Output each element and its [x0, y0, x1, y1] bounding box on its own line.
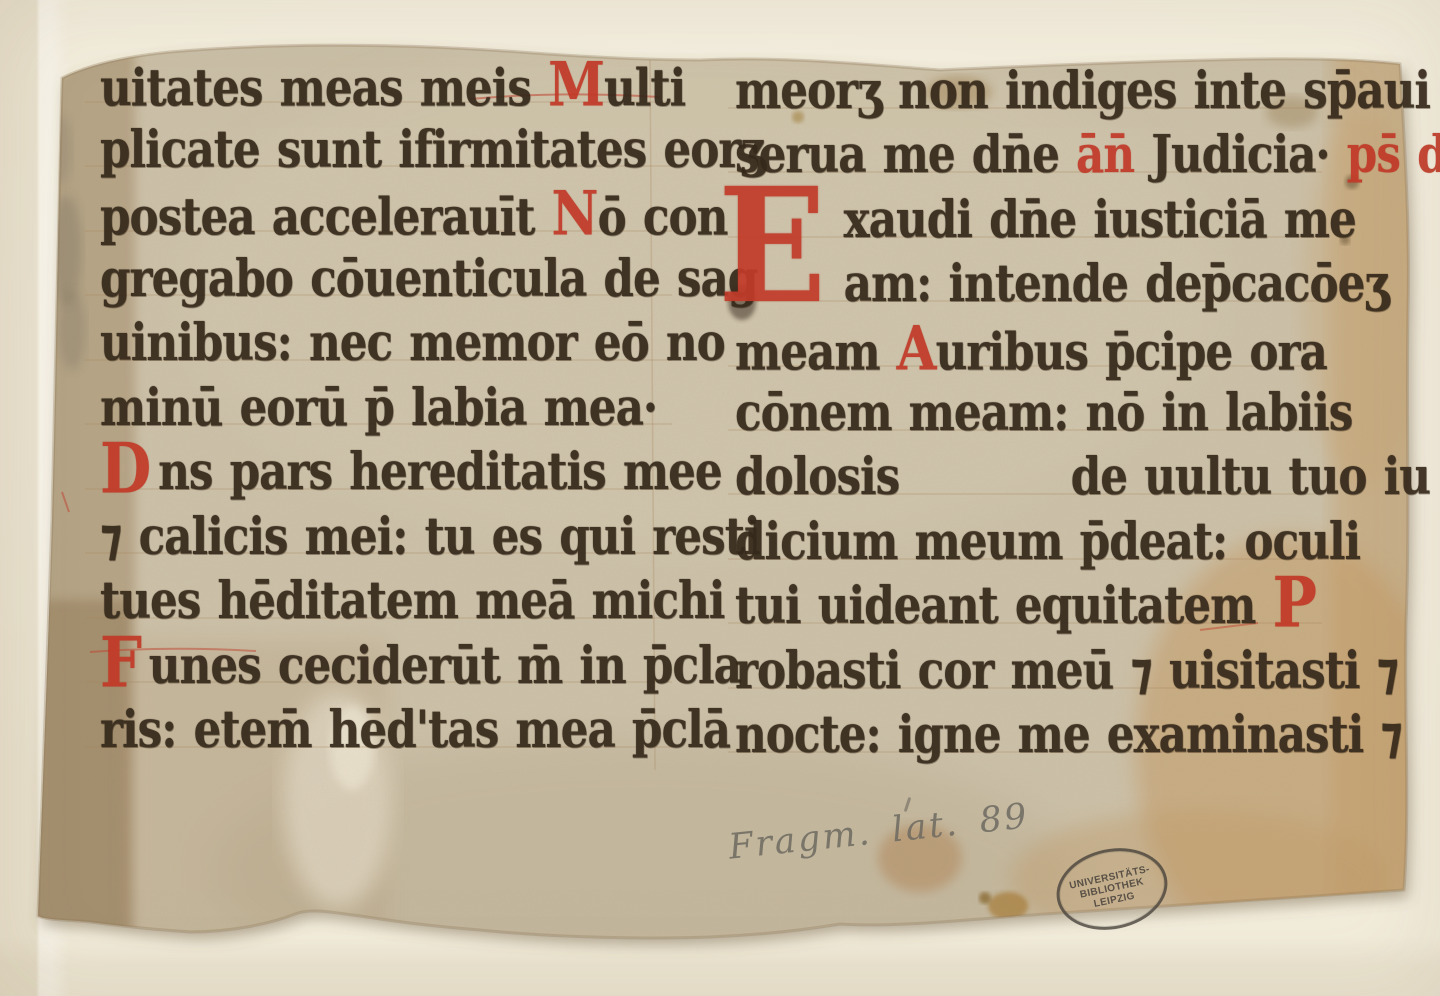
- text-segment: dicium meum p̄deat: oculi: [735, 511, 1360, 571]
- manuscript-line: robasti cor meū ⁊ uisitasti ⁊: [735, 638, 1398, 704]
- manuscript-line: cōnem meam: nō in labiis: [735, 380, 1352, 446]
- text-segment: meorʒ non indiges inte sp̄aui co: [735, 60, 1440, 120]
- text-segment: uribus p̄cipe ora: [936, 322, 1327, 382]
- manuscript-line: meorʒ non indiges inte sp̄aui co: [735, 58, 1440, 124]
- photo-of-manuscript-fragment: uitates meas meis Multiplicate sunt ifir…: [0, 0, 1440, 996]
- text-segment: cōnem meam: nō in labiis: [735, 382, 1352, 442]
- manuscript-text: uitates meas meis Multiplicate sunt ifir…: [0, 0, 1440, 996]
- text-segment: xaudi dn̄e iusticiā me: [844, 189, 1356, 249]
- text-segment: tui uideant equitatem: [735, 575, 1272, 635]
- text-segment: [899, 446, 1070, 506]
- text-segment: de uultu tuo iu: [1071, 446, 1430, 506]
- text-segment: robasti cor meū ⁊ uisitasti ⁊: [735, 640, 1398, 700]
- text-segment: dolosis: [735, 446, 899, 506]
- rubric-segment: P: [1272, 563, 1316, 644]
- right-text-column: meorʒ non indiges inte sp̄aui coserua me…: [0, 0, 1440, 996]
- manuscript-line: serua me dn̄e ān̄ Judicia· ps̄ dd̄: [735, 122, 1440, 188]
- rubric-segment: A: [897, 314, 936, 385]
- manuscript-line: tui uideant equitatem P: [735, 573, 1324, 639]
- manuscript-line: dolosis de uultu tuo iu: [735, 444, 1430, 510]
- text-segment: am: intende dep̄cacōeʒ: [844, 253, 1389, 313]
- manuscript-line: xaudi dn̄e iusticiā me: [735, 187, 1356, 253]
- text-segment: Judicia·: [1151, 124, 1347, 184]
- rubric-segment: ān̄: [1076, 124, 1151, 184]
- text-segment: nocte: igne me examinasti ⁊: [735, 704, 1402, 764]
- manuscript-line: nocte: igne me examinasti ⁊: [735, 702, 1402, 768]
- drop-initial-E: E: [718, 168, 826, 326]
- manuscript-line: dicium meum p̄deat: oculi: [735, 509, 1360, 575]
- rubric-segment: ps̄ dd̄: [1347, 124, 1440, 184]
- manuscript-line: am: intende dep̄cacōeʒ: [735, 251, 1388, 317]
